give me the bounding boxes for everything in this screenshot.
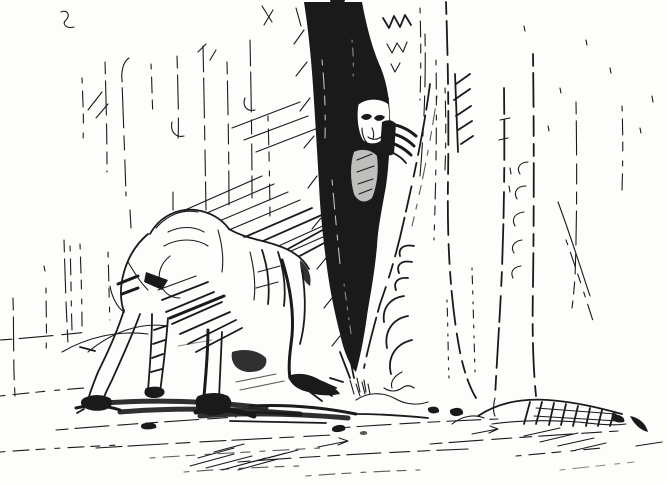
root-hook <box>630 416 648 432</box>
rock <box>450 408 463 416</box>
creature-shadow <box>76 374 428 423</box>
pebble <box>360 431 367 435</box>
bark-marks <box>395 245 414 290</box>
hind-left-leg <box>204 330 208 396</box>
background-forest <box>13 6 301 396</box>
pebble <box>141 423 156 430</box>
creature <box>77 209 366 415</box>
belly-shade <box>232 350 267 372</box>
bark-marks <box>512 162 528 278</box>
rock <box>428 407 439 414</box>
right-tree-trunk <box>494 26 654 416</box>
front-right-foot <box>144 387 164 398</box>
front-left-leg <box>88 310 124 400</box>
front-left-foot <box>81 395 112 411</box>
fallen-log <box>452 400 648 450</box>
pebble <box>332 425 345 432</box>
illustration: Pen-and-ink book illustration: a shaggy,… <box>0 0 667 484</box>
hind-right-paw <box>288 374 340 395</box>
